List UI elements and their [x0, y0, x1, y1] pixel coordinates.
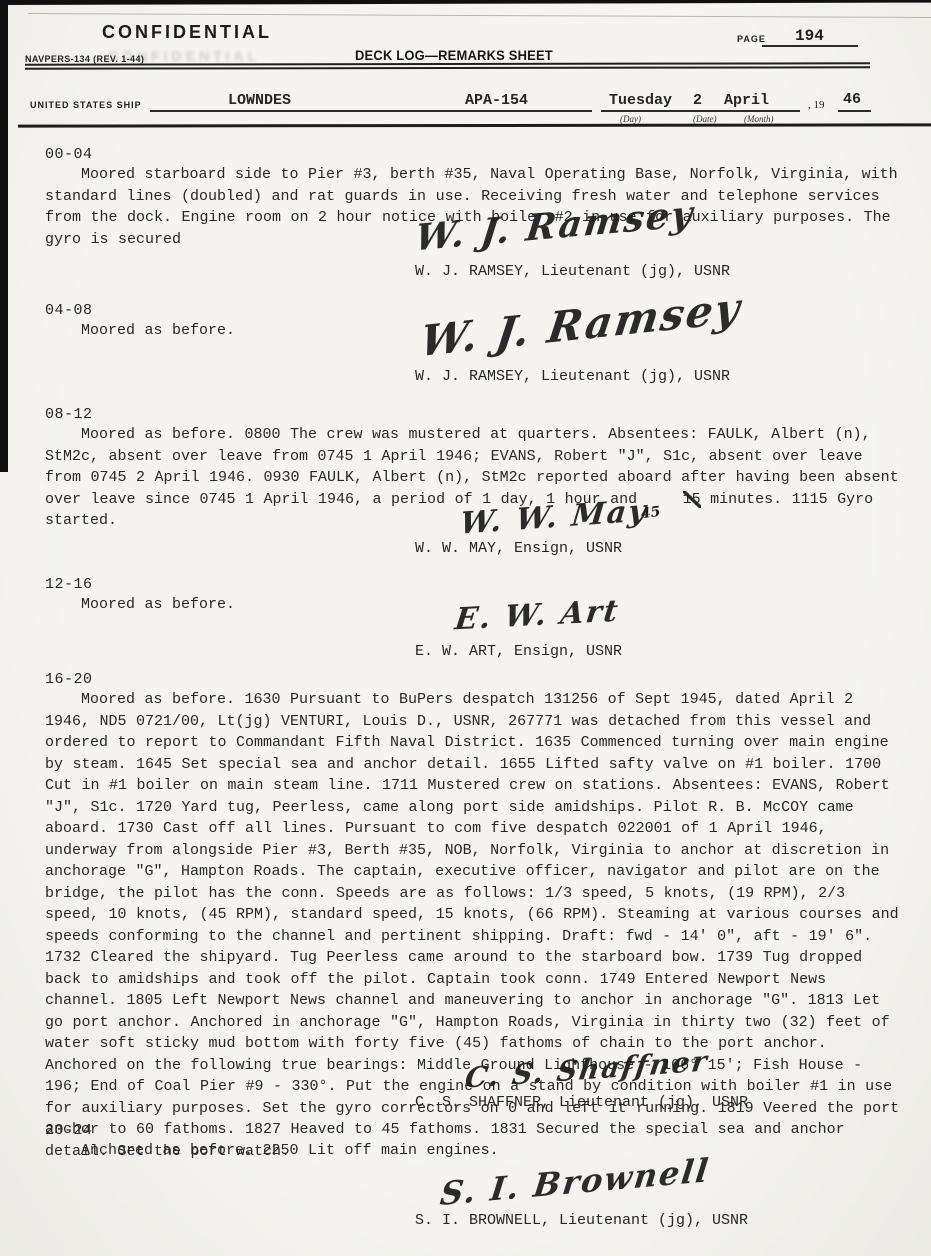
signature-script-art: E. W. Art [453, 594, 622, 638]
watch-heading-1620: 16-20 [45, 671, 93, 688]
page-label: PAGE [737, 34, 766, 44]
year-prefix: , 19 [808, 99, 825, 111]
signature-typed-may: W. W. MAY, Ensign, USNR [415, 540, 622, 557]
struck-number: 1545 [647, 489, 701, 511]
year-underline [838, 110, 871, 112]
form-number: NAVPERS-134 (REV. 1-44) [25, 54, 144, 64]
watch-entry-2024: Anchored as before. 2250 Lit off main en… [45, 1140, 901, 1162]
ship-name-underline [150, 110, 592, 112]
date-value: 2 [693, 92, 702, 109]
ship-label: UNITED STATES SHIP [30, 100, 142, 110]
page-number-underline [762, 45, 858, 47]
watch-heading-2024: 20-24 [45, 1122, 93, 1139]
signature-typed-art: E. W. ART, Ensign, USNR [415, 643, 622, 660]
year-value: 46 [843, 91, 861, 108]
signature-script-ramsey-2: W. J. Ramsey [417, 283, 744, 367]
sheet-title: DECK LOG—REMARKS SHEET [355, 48, 553, 63]
month-value: April [724, 92, 769, 109]
day-sublabel: (Day) [620, 114, 641, 124]
deck-log-remarks-sheet: CONFIDENTIAL CONFIDENTIAL NAVPERS-134 (R… [0, 0, 931, 1256]
signature-typed-brownell: S. I. BROWNELL, Lieutenant (jg), USNR [415, 1212, 748, 1229]
month-sublabel: (Month) [744, 114, 774, 124]
header-double-rule [25, 62, 870, 69]
day-value: Tuesday [609, 92, 672, 109]
date-sublabel: (Date) [693, 114, 717, 124]
date-underline [601, 110, 800, 112]
watch-heading-0812: 08-12 [45, 406, 93, 423]
signature-typed-shaffner: C. S. SHAFFNER, Lieutenant (jg), USNR [415, 1094, 748, 1111]
signature-typed-ramsey-1: W. J. RAMSEY, Lieutenant (jg), USNR [415, 263, 730, 280]
watch-heading-1216: 12-16 [45, 576, 93, 593]
page-number: 194 [795, 27, 824, 45]
signature-typed-ramsey-2: W. J. RAMSEY, Lieutenant (jg), USNR [415, 368, 730, 385]
ship-name-value: LOWNDES [228, 92, 291, 109]
hull-number-value: APA-154 [465, 92, 528, 109]
watch-heading-0408: 04-08 [45, 302, 93, 319]
form-header: CONFIDENTIAL CONFIDENTIAL NAVPERS-134 (R… [0, 0, 931, 135]
header-heavy-rule [18, 123, 931, 127]
classification-stamp: CONFIDENTIAL [102, 22, 272, 43]
watch-heading-0004: 00-04 [45, 146, 93, 163]
